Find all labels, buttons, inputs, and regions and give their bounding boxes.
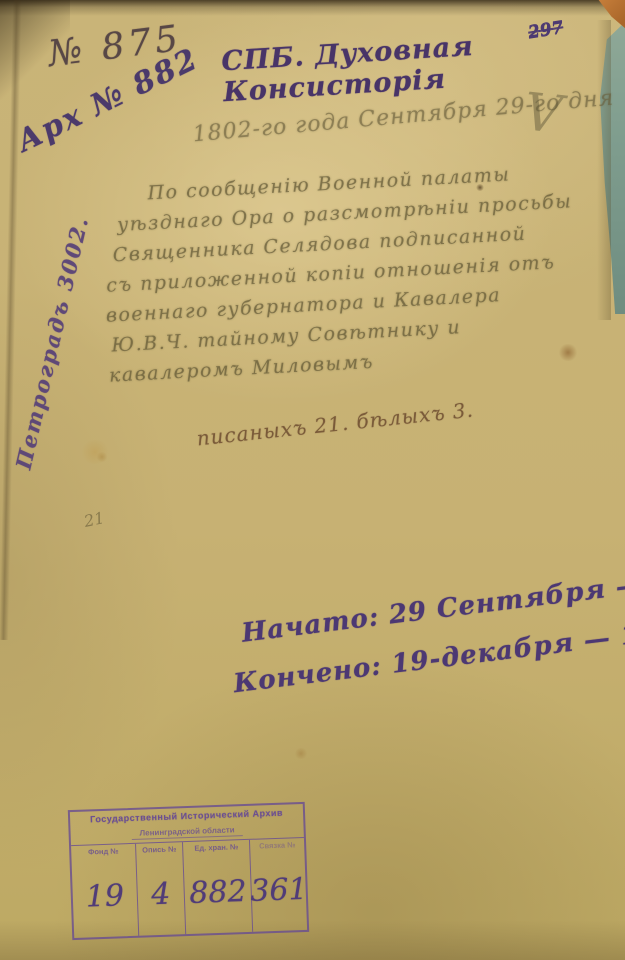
archive-stamp: Государственный Исторический Архив Ленин… xyxy=(68,802,309,940)
check-mark: V xyxy=(521,82,565,146)
sheet-count-note: писаныхъ 21. бѣлыхъ 3. xyxy=(196,398,475,451)
body-paragraph: По сообщенію Военной палаты уѣзднаго Ора… xyxy=(99,155,599,390)
stamp-value-ed-hran: 882 xyxy=(188,851,248,934)
stamp-subtitle: Ленинградской области xyxy=(131,825,242,840)
stamp-value-opis: 4 xyxy=(150,854,172,936)
stamp-table: Фонд № 19 Опись № 4 Ед. хран. № 882 Связ… xyxy=(71,838,307,938)
paper-stain xyxy=(96,452,108,462)
margin-number: 21 xyxy=(82,508,106,531)
stamp-title: Государственный Исторический Архив xyxy=(72,807,301,825)
stamp-cell-ed-hran: Ед. хран. № 882 xyxy=(182,840,253,934)
side-note-vertical: Петроградъ 3002. xyxy=(8,203,95,481)
photo-top-shadow xyxy=(0,0,625,16)
stamp-cell-svyazka: Связка № 361 xyxy=(249,838,307,932)
stamp-cell-fond: Фонд № 19 xyxy=(71,844,138,938)
stamp-value-fond: 19 xyxy=(84,855,125,937)
document-photo: № 875 Арх № 882 СПБ. Духовная Консисторі… xyxy=(0,0,625,960)
paper-stain xyxy=(294,748,308,759)
stamp-value-svyazka: 361 xyxy=(249,849,309,932)
stamp-col-header: Опись № xyxy=(142,842,177,854)
stamp-cell-opis: Опись № 4 xyxy=(135,842,185,936)
